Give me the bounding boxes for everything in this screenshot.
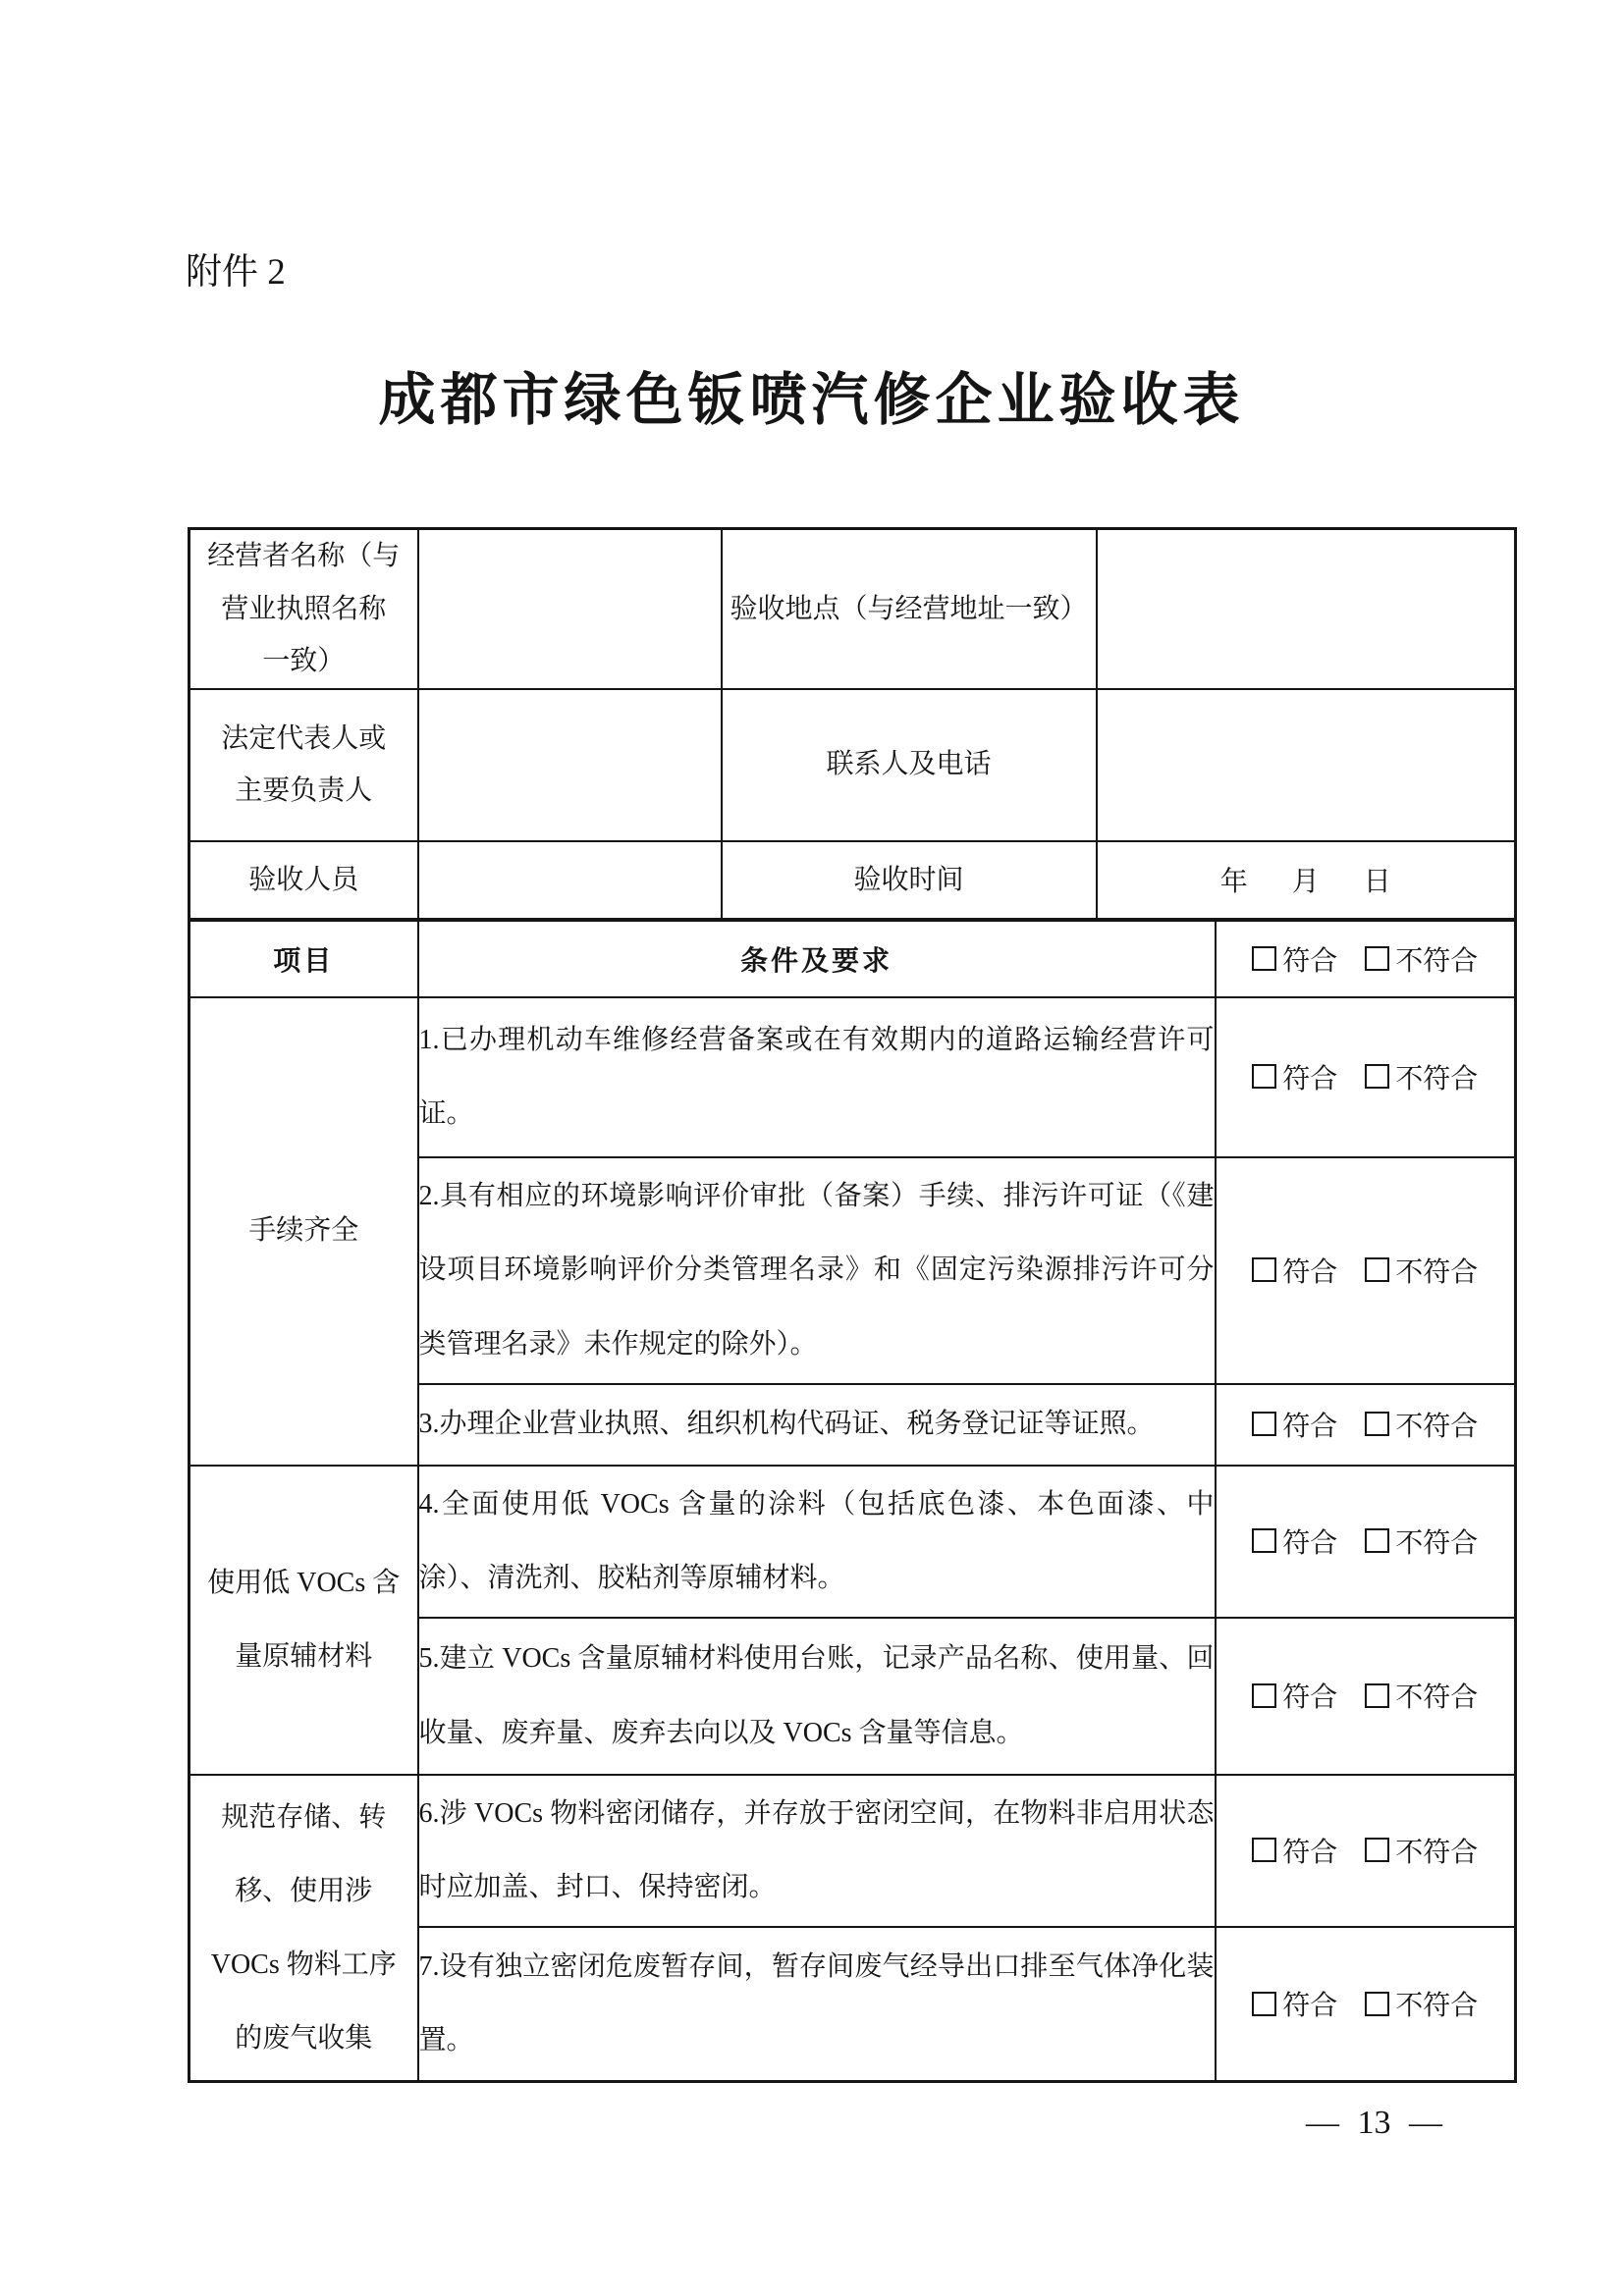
acceptance-time-label: 验收时间 bbox=[722, 841, 1097, 920]
compliance-option-no: 不符合 bbox=[1365, 1676, 1478, 1715]
compliance-option-yes: 符合 bbox=[1252, 1676, 1337, 1715]
compliance-no-label: 不符合 bbox=[1395, 1984, 1478, 2023]
compliance-yes-label: 符合 bbox=[1282, 1676, 1337, 1715]
info-row-operator: 经营者名称（与 营业执照名称 一致） 验收地点（与经营地址一致） bbox=[189, 529, 1516, 689]
compliance-cell-4: 符合不符合 bbox=[1216, 1466, 1516, 1618]
checkbox-icon bbox=[1252, 1257, 1276, 1282]
compliance-option-no: 不符合 bbox=[1365, 1522, 1478, 1561]
checklist-row-4: 使用低 VOCs 含 量原辅材料 4.全面使用低 VOCs 含量的涂料（包括底色… bbox=[189, 1466, 1516, 1618]
compliance-yes-label: 符合 bbox=[1282, 1251, 1337, 1290]
item-column-header: 项目 bbox=[189, 921, 418, 997]
checkbox-icon bbox=[1365, 946, 1389, 971]
checklist-item-7-text: 7.设有独立密闭危废暂存间，暂存间废气经导出口排至气体净化装置。 bbox=[418, 1927, 1216, 2082]
checklist-item-6-text: 6.涉 VOCs 物料密闭储存，并存放于密闭空间，在物料非启用状态时应加盖、封口… bbox=[418, 1775, 1216, 1927]
checkbox-icon bbox=[1252, 946, 1276, 971]
scanned-document-page: 附件 2 成都市绿色钣喷汽修企业验收表 经营者名称（与 营业执照名称 一致） 验… bbox=[0, 0, 1623, 2296]
page-number: — 13 — bbox=[1306, 2105, 1442, 2142]
checkbox-icon bbox=[1252, 1683, 1276, 1708]
compliance-option-no: 不符合 bbox=[1365, 939, 1478, 979]
checklist-item-1-text: 1.已办理机动车维修经营备案或在有效期内的道路运输经营许可证。 bbox=[418, 997, 1216, 1157]
compliance-yes-label: 符合 bbox=[1282, 1405, 1337, 1444]
acceptance-personnel-label: 验收人员 bbox=[189, 841, 418, 920]
compliance-no-label: 不符合 bbox=[1395, 1057, 1478, 1096]
checkbox-icon bbox=[1252, 1064, 1276, 1089]
compliance-cell-1: 符合不符合 bbox=[1216, 997, 1516, 1157]
compliance-no-label: 不符合 bbox=[1395, 1831, 1478, 1870]
info-row-personnel: 验收人员 验收时间 年 月 日 bbox=[189, 841, 1516, 920]
checklist-item-4-text: 4.全面使用低 VOCs 含量的涂料（包括底色漆、本色面漆、中涂）、清洗剂、胶粘… bbox=[418, 1466, 1216, 1618]
legal-representative-label: 法定代表人或 主要负责人 bbox=[189, 689, 418, 841]
info-table: 经营者名称（与 营业执照名称 一致） 验收地点（与经营地址一致） 法定代表人或 … bbox=[188, 527, 1517, 921]
section-label-storage-collection: 规范存储、转 移、使用涉 VOCs 物料工序 的废气收集 bbox=[189, 1775, 418, 2082]
compliance-cell-7: 符合不符合 bbox=[1216, 1927, 1516, 2082]
contact-phone-label: 联系人及电话 bbox=[722, 689, 1097, 841]
requirement-column-header: 条件及要求 bbox=[418, 921, 1216, 997]
checklist-table: 项目 条件及要求 符合不符合 手续齐全 1.已办理机动车维修经营备案或在有效期内… bbox=[188, 919, 1517, 2083]
operator-name-label: 经营者名称（与 营业执照名称 一致） bbox=[189, 529, 418, 689]
compliance-column-header: 符合不符合 bbox=[1216, 921, 1516, 997]
acceptance-personnel-value bbox=[418, 841, 722, 920]
checklist-row-1: 手续齐全 1.已办理机动车维修经营备案或在有效期内的道路运输经营许可证。 符合不… bbox=[189, 997, 1516, 1157]
checkbox-icon bbox=[1365, 1992, 1389, 2016]
compliance-cell-2: 符合不符合 bbox=[1216, 1157, 1516, 1384]
compliance-option-yes: 符合 bbox=[1252, 1251, 1337, 1290]
compliance-option-yes: 符合 bbox=[1252, 939, 1337, 979]
checkbox-icon bbox=[1365, 1412, 1389, 1436]
compliance-option-no: 不符合 bbox=[1365, 1057, 1478, 1096]
compliance-cell-3: 符合不符合 bbox=[1216, 1384, 1516, 1466]
compliance-option-yes: 符合 bbox=[1252, 1984, 1337, 2023]
checklist-row-6: 规范存储、转 移、使用涉 VOCs 物料工序 的废气收集 6.涉 VOCs 物料… bbox=[189, 1775, 1516, 1927]
compliance-yes-label: 符合 bbox=[1282, 1057, 1337, 1096]
compliance-yes-label: 符合 bbox=[1282, 939, 1337, 979]
operator-name-value bbox=[418, 529, 722, 689]
compliance-no-label: 不符合 bbox=[1395, 1405, 1478, 1444]
checklist-item-5-text: 5.建立 VOCs 含量原辅材料使用台账，记录产品名称、使用量、回收量、废弃量、… bbox=[418, 1618, 1216, 1775]
compliance-option-yes: 符合 bbox=[1252, 1057, 1337, 1096]
compliance-yes-label: 符合 bbox=[1282, 1522, 1337, 1561]
checkbox-icon bbox=[1252, 1838, 1276, 1862]
checkbox-icon bbox=[1365, 1064, 1389, 1089]
checklist-item-3-text: 3.办理企业营业执照、组织机构代码证、税务登记证等证照。 bbox=[418, 1384, 1216, 1466]
checkbox-icon bbox=[1365, 1838, 1389, 1862]
contact-phone-value bbox=[1097, 689, 1516, 841]
compliance-no-label: 不符合 bbox=[1395, 1251, 1478, 1290]
checkbox-icon bbox=[1365, 1683, 1389, 1708]
compliance-option-no: 不符合 bbox=[1365, 1405, 1478, 1444]
compliance-cell-6: 符合不符合 bbox=[1216, 1775, 1516, 1927]
compliance-no-label: 不符合 bbox=[1395, 939, 1478, 979]
compliance-option-yes: 符合 bbox=[1252, 1522, 1337, 1561]
acceptance-date-value: 年 月 日 bbox=[1097, 841, 1516, 920]
compliance-option-yes: 符合 bbox=[1252, 1831, 1337, 1870]
compliance-option-no: 不符合 bbox=[1365, 1831, 1478, 1870]
section-label-low-vocs: 使用低 VOCs 含 量原辅材料 bbox=[189, 1466, 418, 1775]
acceptance-location-label: 验收地点（与经营地址一致） bbox=[722, 529, 1097, 689]
form-tables: 经营者名称（与 营业执照名称 一致） 验收地点（与经营地址一致） 法定代表人或 … bbox=[188, 527, 1517, 2083]
compliance-cell-5: 符合不符合 bbox=[1216, 1618, 1516, 1775]
acceptance-location-value bbox=[1097, 529, 1516, 689]
compliance-yes-label: 符合 bbox=[1282, 1831, 1337, 1870]
compliance-no-label: 不符合 bbox=[1395, 1676, 1478, 1715]
checklist-item-2-text: 2.具有相应的环境影响评价审批（备案）手续、排污许可证（《建设项目环境影响评价分… bbox=[418, 1157, 1216, 1384]
compliance-yes-label: 符合 bbox=[1282, 1984, 1337, 2023]
checkbox-icon bbox=[1365, 1528, 1389, 1553]
checkbox-icon bbox=[1252, 1992, 1276, 2016]
compliance-no-label: 不符合 bbox=[1395, 1522, 1478, 1561]
compliance-option-yes: 符合 bbox=[1252, 1405, 1337, 1444]
page-title: 成都市绿色钣喷汽修企业验收表 bbox=[0, 353, 1623, 436]
compliance-option-no: 不符合 bbox=[1365, 1984, 1478, 2023]
checklist-header-row: 项目 条件及要求 符合不符合 bbox=[189, 921, 1516, 997]
checkbox-icon bbox=[1252, 1412, 1276, 1436]
checkbox-icon bbox=[1365, 1257, 1389, 1282]
compliance-option-no: 不符合 bbox=[1365, 1251, 1478, 1290]
legal-representative-value bbox=[418, 689, 722, 841]
attachment-label: 附件 2 bbox=[186, 241, 286, 294]
info-row-representative: 法定代表人或 主要负责人 联系人及电话 bbox=[189, 689, 1516, 841]
checkbox-icon bbox=[1252, 1528, 1276, 1553]
section-label-procedures: 手续齐全 bbox=[189, 997, 418, 1466]
